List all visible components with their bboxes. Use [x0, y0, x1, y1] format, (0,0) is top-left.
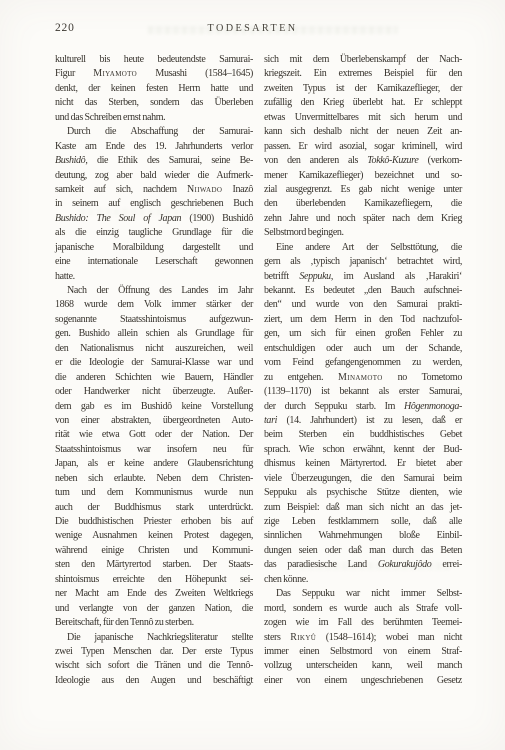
- text-run: Seppuku als psychische Stütze dienten, w…: [264, 487, 462, 498]
- text-run: passen. Er wird asozial, sogar kriminell…: [264, 141, 462, 152]
- text-run: zwei Typen Menschen dar. Der erste Typus: [55, 646, 253, 657]
- text-run: ner Macht am Ende des Zweiten Weltkriegs: [55, 588, 253, 599]
- text-line: der durch Seppuku starb. Im Hôgenmonoga-: [264, 400, 462, 414]
- text-run: zufällig den Krieg überlebt hat. Er schl…: [264, 97, 462, 108]
- text-line: dhismus keinen Märtyrertod. Er bietet ab…: [264, 457, 462, 471]
- text-line: oder Handwerker nicht überzeugte. Außer-: [55, 385, 253, 399]
- text-line: tum und dem Kommunismus wurde nun: [55, 486, 253, 500]
- text-run: zehn Jahre und noch später nach dem Krie…: [264, 213, 462, 224]
- text-line: in seinem auf englisch geschriebenen Buc…: [55, 197, 253, 211]
- text-run: shintoismus erreichte den Höhepunkt sei-: [55, 574, 253, 585]
- text-run: ziert, um dem Herrn in den Tod nachzufol…: [264, 314, 462, 325]
- text-run: errei-: [431, 559, 462, 570]
- text-run: Kaste am Ende des 19. Jahrhunderts verlo…: [55, 141, 253, 152]
- text-line: den Nationalismus nicht auszureichen, we…: [55, 342, 253, 356]
- text-line: den überlebenden Kamikazefliegern, die: [264, 197, 462, 211]
- text-run: als die einzig taugliche Grundlage für d…: [55, 227, 253, 238]
- text-run: die anderen Schichten wie Bauern, Händle…: [55, 372, 253, 383]
- text-line: während einige Christen und Kommuni-: [55, 544, 253, 558]
- text-line: gern als ‚typisch japanisch‘ betrachtet …: [264, 255, 462, 269]
- text-run: hatte.: [55, 271, 75, 282]
- text-run: sogenannte Staatsshintoismus aufgezwun-: [55, 314, 253, 325]
- text-line: zehn Jahre und noch später nach dem Krie…: [264, 212, 462, 226]
- text-line: sprach. Wie schon erwähnt, kennt der Bud…: [264, 443, 462, 457]
- text-line: ziert, um dem Herrn in den Tod nachzufol…: [264, 313, 462, 327]
- text-line: und das Schreiben ernst nahm.: [55, 111, 253, 125]
- column-left: kulturell bis heute bedeutendste Samurai…: [55, 53, 253, 688]
- text-line: etwas Unvermittelbares mit sich herum un…: [264, 111, 462, 125]
- text-run: gern als ‚typisch japanisch‘ betrachtet …: [264, 256, 462, 267]
- text-line: Nach der Öffnung des Landes im Jahr: [55, 284, 253, 298]
- text-line: kulturell bis heute bedeutendste Samurai…: [55, 53, 253, 67]
- text-line: einer von einem ungeschriebenen Gesetz: [264, 674, 462, 688]
- text-run: zweiten Typus ist der Kamikazeflieger, d…: [264, 83, 462, 94]
- paragraph: Eine andere Art der Selbsttötung, dieger…: [264, 241, 462, 588]
- text-line: zial ausgegrenzt. Es gab nicht wenige un…: [264, 183, 462, 197]
- paragraph: Die japanische Nachkriegsliteratur stell…: [55, 631, 253, 689]
- text-run: kann sich deshalb nicht der neuen Zeit a…: [264, 126, 462, 137]
- text-line: gen, um sich für einen großen Fehler zu: [264, 327, 462, 341]
- text-run: Selbstmord begingen.: [264, 227, 344, 238]
- text-run: denkt, der keinen festen Herrn hatte und: [55, 83, 253, 94]
- italic-term: Seppuku: [299, 271, 330, 282]
- text-line: Bereitschaft, für den Tennô zu sterben.: [55, 616, 253, 630]
- text-line: sinnlichen Wahrnehmungen bloße Einbil-: [264, 529, 462, 543]
- text-run: kulturell bis heute bedeutendste Samurai…: [55, 54, 253, 65]
- text-run: nicht das Sterben, sondern das Überleben: [55, 97, 253, 108]
- small-caps-name: Niiwado: [187, 184, 222, 195]
- text-run: Eine andere Art der Selbsttötung, die: [276, 242, 462, 253]
- text-run: von den anderen als: [264, 155, 367, 166]
- column-right: sich mit dem Überlebenskampf der Nach-kr…: [264, 53, 462, 688]
- text-line: die anderen Schichten wie Bauern, Händle…: [55, 371, 253, 385]
- text-line: dem gab es im Bushidô keine Vorstellung: [55, 400, 253, 414]
- text-line: er die Ideologie der Samurai-Klasse war …: [55, 356, 253, 370]
- text-line: chen könne.: [264, 573, 462, 587]
- text-run: sinnlichen Wahrnehmungen bloße Einbil-: [264, 530, 462, 541]
- text-line: vollzug unterscheiden kann, weil manch: [264, 659, 462, 673]
- text-run: etwas Unvermittelbares mit sich herum un…: [264, 112, 462, 123]
- text-run: dungen seien oder daß man durch das Bete…: [264, 545, 462, 556]
- text-line: tari (14. Jahrhundert) ist zu lesen, daß…: [264, 414, 462, 428]
- text-run: zial ausgegrenzt. Es gab nicht wenige un…: [264, 184, 462, 195]
- text-run: vom Feind gefangengenommen zu werden,: [264, 357, 462, 368]
- text-run: samkeit auf sich, nachdem: [55, 184, 187, 195]
- text-line: Figur Miyamoto Musashi (1584–1645): [55, 67, 253, 81]
- text-line: Seppuku als psychische Stütze dienten, w…: [264, 486, 462, 500]
- text-run: Das Seppuku war nicht immer Selbst-: [276, 588, 462, 599]
- text-run: Japan, als er keine andere Glaubensricht…: [55, 458, 253, 469]
- text-run: eine internationale Leserschaft gewonnen: [55, 256, 253, 267]
- text-run: vollzug unterscheiden kann, weil manch: [264, 660, 462, 671]
- text-line: nicht das Sterben, sondern das Überleben: [55, 96, 253, 110]
- text-line: zogen wie im Fall des berühmten Teemei-: [264, 616, 462, 630]
- text-line: zweiten Typus ist der Kamikazeflieger, d…: [264, 82, 462, 96]
- small-caps-name: Rikyû: [290, 632, 316, 643]
- text-run: (1548–1614); wobei man nicht: [316, 632, 462, 643]
- text-run: und das Schreiben ernst nahm.: [55, 112, 165, 123]
- text-run: gen, um sich für einen großen Fehler zu: [264, 328, 462, 339]
- text-line: den“ und wurde von den Samurai prakti-: [264, 298, 462, 312]
- text-run: mener Kamikazeflieger) bezeichnet und so…: [264, 170, 462, 181]
- text-run: Die japanische Nachkriegsliteratur stell…: [67, 632, 253, 643]
- running-header: 220 TODESARTEN: [0, 22, 505, 38]
- text-line: japanische Moralbildung dargestellt und: [55, 241, 253, 255]
- text-run: no Tometomo: [383, 372, 462, 383]
- text-run: Figur: [55, 68, 93, 79]
- paragraph: Das Seppuku war nicht immer Selbst-mord,…: [264, 587, 462, 688]
- text-run: beim Sterben ein buddhistisches Gebet: [264, 429, 462, 440]
- text-line: gen. Bushido allein schien als Grundlage…: [55, 327, 253, 341]
- text-columns: kulturell bis heute bedeutendste Samurai…: [55, 53, 462, 688]
- book-page: 220 TODESARTEN kulturell bis heute bedeu…: [0, 0, 505, 750]
- text-line: (1139–1170) ist bekannt als erster Samur…: [264, 385, 462, 399]
- text-run: Inazô: [222, 184, 253, 195]
- text-line: ner Macht am Ende des Zweiten Weltkriegs: [55, 587, 253, 601]
- text-run: einer von einem ungeschriebenen Gesetz: [264, 675, 462, 686]
- text-run: kriegszeit. Ein extremes Beispiel für de…: [264, 68, 462, 79]
- text-run: viele Überzeugungen, die den Samurai bei…: [264, 473, 462, 484]
- text-line: sich mit dem Überlebenskampf der Nach-: [264, 53, 462, 67]
- text-run: , im Ausland als ‚Harakiri‘: [331, 271, 462, 282]
- text-line: Selbstmord begingen.: [264, 226, 462, 240]
- text-run: sten den Märtyrertod starben. Der Staats…: [55, 559, 253, 570]
- text-run: den“ und wurde von den Samurai prakti-: [264, 299, 462, 310]
- text-run: bekannt. Es bedeutet „den Bauch aufschne…: [264, 285, 462, 296]
- text-line: Das Seppuku war nicht immer Selbst-: [264, 587, 462, 601]
- paragraph: sich mit dem Überlebenskampf der Nach-kr…: [264, 53, 462, 241]
- small-caps-name: Minamoto: [338, 372, 383, 383]
- paragraph: Durch die Abschaffung der Samurai-Kaste …: [55, 125, 253, 284]
- italic-term: Gokurakujôdo: [378, 559, 432, 570]
- text-line: kriegszeit. Ein extremes Beispiel für de…: [264, 67, 462, 81]
- text-run: (1139–1170) ist bekannt als erster Samur…: [264, 386, 462, 397]
- italic-term: Tokkô-Kuzure: [367, 155, 418, 166]
- text-line: denkt, der keinen festen Herrn hatte und: [55, 82, 253, 96]
- text-run: Ideologie aus den Augen und beschäftigt: [55, 675, 253, 686]
- text-line: sogenannte Staatsshintoismus aufgezwun-: [55, 313, 253, 327]
- text-run: zige Leben festklammern solle, daß alle: [264, 516, 462, 527]
- text-line: 1868 wurde dem Volk immer stärker der: [55, 298, 253, 312]
- small-caps-name: Miyamoto: [93, 68, 137, 79]
- text-run: auch der Buddhismus stark unterdrückt.: [55, 502, 253, 513]
- text-run: Nach der Öffnung des Landes im Jahr: [67, 285, 253, 296]
- text-run: wischt sich sofort die Tränen und die Te…: [55, 660, 253, 671]
- text-run: den überlebenden Kamikazefliegern, die: [264, 198, 462, 209]
- text-run: den Nationalismus nicht auszureichen, we…: [55, 343, 253, 354]
- text-run: sters: [264, 632, 290, 643]
- text-line: shintoismus erreichte den Höhepunkt sei-: [55, 573, 253, 587]
- text-line: und verlangte von der ganzen Nation, die: [55, 602, 253, 616]
- text-line: zu entgehen. Minamoto no Tometomo: [264, 371, 462, 385]
- text-line: das paradiesische Land Gokurakujôdo erre…: [264, 558, 462, 572]
- text-run: Durch die Abschaffung der Samurai-: [67, 126, 253, 137]
- italic-term: tari: [264, 415, 277, 426]
- text-line: von einer abstrakten, übergeordneten Aut…: [55, 414, 253, 428]
- text-run: in seinem auf englisch geschriebenen Buc…: [55, 198, 253, 209]
- text-line: mord, sondern es wurde auch als Strafe v…: [264, 602, 462, 616]
- text-run: chen könne.: [264, 574, 308, 585]
- text-line: wenige Ausnahmen keinen Protest dagegen,: [55, 529, 253, 543]
- running-header-title: TODESARTEN: [0, 23, 505, 34]
- text-line: vom Feind gefangengenommen zu werden,: [264, 356, 462, 370]
- text-run: zogen wie im Fall des berühmten Teemei-: [264, 617, 462, 628]
- text-run: tum und dem Kommunismus wurde nun: [55, 487, 253, 498]
- text-run: betrifft: [264, 271, 299, 282]
- text-run: er die Ideologie der Samurai-Klasse war …: [55, 357, 253, 368]
- text-line: passen. Er wird asozial, sogar kriminell…: [264, 140, 462, 154]
- text-run: gen. Bushido allein schien als Grundlage…: [55, 328, 253, 339]
- text-run: zum Beispiel: daß man sich nicht an das …: [264, 502, 462, 513]
- text-line: samkeit auf sich, nachdem Niiwado Inazô: [55, 183, 253, 197]
- text-line: zum Beispiel: daß man sich nicht an das …: [264, 501, 462, 515]
- text-run: und verlangte von der ganzen Nation, die: [55, 603, 253, 614]
- text-run: dhismus keinen Märtyrertod. Er bietet ab…: [264, 458, 462, 469]
- text-line: dungen seien oder daß man durch das Bete…: [264, 544, 462, 558]
- text-line: Japan, als er keine andere Glaubensricht…: [55, 457, 253, 471]
- text-line: hatte.: [55, 270, 253, 284]
- text-line: Bushido: The Soul of Japan (1900) Bushid…: [55, 212, 253, 226]
- text-run: Staatsshintoismus war insofern neu für: [55, 444, 253, 455]
- text-run: deutung, zog aber bald wieder die Aufmer…: [55, 170, 253, 181]
- italic-term: Hôgenmonoga-: [404, 401, 462, 412]
- text-line: Durch die Abschaffung der Samurai-: [55, 125, 253, 139]
- text-run: neben sich erlaubte. Neben dem Christen-: [55, 473, 253, 484]
- text-run: dem gab es im Bushidô keine Vorstellung: [55, 401, 253, 412]
- text-line: zwei Typen Menschen dar. Der erste Typus: [55, 645, 253, 659]
- italic-term: Bushido: The Soul of Japan: [55, 213, 181, 224]
- text-run: (verkom-: [418, 155, 462, 166]
- text-line: sters Rikyû (1548–1614); wobei man nicht: [264, 631, 462, 645]
- text-line: wischt sich sofort die Tränen und die Te…: [55, 659, 253, 673]
- text-line: zufällig den Krieg überlebt hat. Er schl…: [264, 96, 462, 110]
- text-line: auch der Buddhismus stark unterdrückt.: [55, 501, 253, 515]
- text-line: Die japanische Nachkriegsliteratur stell…: [55, 631, 253, 645]
- text-line: sten den Märtyrertod starben. Der Staats…: [55, 558, 253, 572]
- text-line: zige Leben festklammern solle, daß alle: [264, 515, 462, 529]
- text-line: betrifft Seppuku, im Ausland als ‚Haraki…: [264, 270, 462, 284]
- text-run: (1900) Bushidô: [181, 213, 253, 224]
- text-line: bekannt. Es bedeutet „den Bauch aufschne…: [264, 284, 462, 298]
- text-run: , die Ethik des Samurai, seine Be-: [85, 155, 253, 166]
- text-line: neben sich erlaubte. Neben dem Christen-: [55, 472, 253, 486]
- text-run: sprach. Wie schon erwähnt, kennt der Bud…: [264, 444, 462, 455]
- paragraph: kulturell bis heute bedeutendste Samurai…: [55, 53, 253, 125]
- text-run: von einer abstrakten, übergeordneten Aut…: [55, 415, 253, 426]
- text-run: der durch Seppuku starb. Im: [264, 401, 404, 412]
- text-line: deutung, zog aber bald wieder die Aufmer…: [55, 169, 253, 183]
- text-line: immer einen Selbstmord von einem Straf-: [264, 645, 462, 659]
- text-run: sich mit dem Überlebenskampf der Nach-: [264, 54, 462, 65]
- text-run: mord, sondern es wurde auch als Strafe v…: [264, 603, 462, 614]
- text-line: kann sich deshalb nicht der neuen Zeit a…: [264, 125, 462, 139]
- text-line: Kaste am Ende des 19. Jahrhunderts verlo…: [55, 140, 253, 154]
- text-run: entschuldigen oder auch um der Schande,: [264, 343, 462, 354]
- text-run: (14. Jahrhundert) ist zu lesen, daß er: [277, 415, 462, 426]
- text-line: beim Sterben ein buddhistisches Gebet: [264, 428, 462, 442]
- text-line: viele Überzeugungen, die den Samurai bei…: [264, 472, 462, 486]
- text-run: japanische Moralbildung dargestellt und: [55, 242, 253, 253]
- text-run: rität wie etwa Gott oder der Nation. Der: [55, 429, 253, 440]
- text-run: 1868 wurde dem Volk immer stärker der: [55, 299, 253, 310]
- text-line: Eine andere Art der Selbsttötung, die: [264, 241, 462, 255]
- text-line: als die einzig taugliche Grundlage für d…: [55, 226, 253, 240]
- text-line: entschuldigen oder auch um der Schande,: [264, 342, 462, 356]
- text-run: zu entgehen.: [264, 372, 338, 383]
- text-line: Ideologie aus den Augen und beschäftigt: [55, 674, 253, 688]
- text-run: oder Handwerker nicht überzeugte. Außer-: [55, 386, 253, 397]
- text-run: das paradiesische Land: [264, 559, 378, 570]
- italic-term: Bushidô: [55, 155, 85, 166]
- text-run: während einige Christen und Kommuni-: [55, 545, 253, 556]
- text-line: eine internationale Leserschaft gewonnen: [55, 255, 253, 269]
- text-run: Bereitschaft, für den Tennô zu sterben.: [55, 617, 194, 628]
- text-line: Bushidô, die Ethik des Samurai, seine Be…: [55, 154, 253, 168]
- text-run: Musashi (1584–1645): [137, 68, 253, 79]
- text-line: mener Kamikazeflieger) bezeichnet und so…: [264, 169, 462, 183]
- text-run: immer einen Selbstmord von einem Straf-: [264, 646, 462, 657]
- text-line: rität wie etwa Gott oder der Nation. Der: [55, 428, 253, 442]
- paragraph: Nach der Öffnung des Landes im Jahr1868 …: [55, 284, 253, 631]
- text-line: von den anderen als Tokkô-Kuzure (verkom…: [264, 154, 462, 168]
- text-line: Die buddhistischen Priester erhoben bis …: [55, 515, 253, 529]
- text-run: wenige Ausnahmen keinen Protest dagegen,: [55, 530, 253, 541]
- text-run: Die buddhistischen Priester erhoben bis …: [55, 516, 253, 527]
- text-line: Staatsshintoismus war insofern neu für: [55, 443, 253, 457]
